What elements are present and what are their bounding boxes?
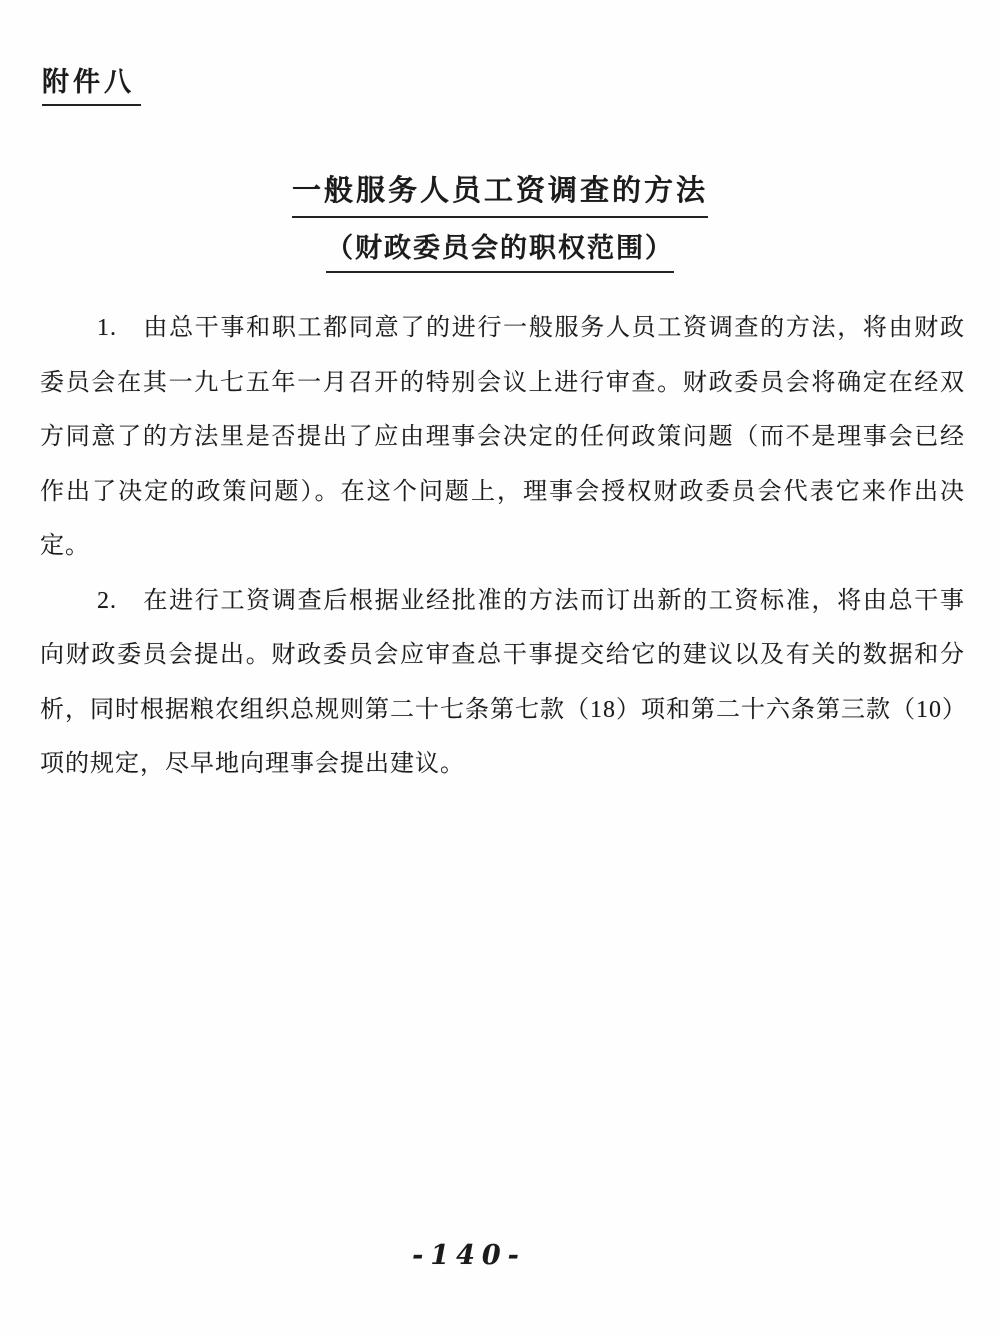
document-body: 1. 由总干事和职工都同意了的进行一般服务人员工资调查的方法，将由财政 委员会在… [40, 301, 965, 792]
document-subtitle: （财政委员会的职权范围） [326, 226, 674, 273]
body-line: 作出了决定的政策问题）。在这个问题上，理事会授权财政委员会代表它来作出决 [40, 465, 965, 520]
body-line: 析，同时根据粮农组织总规则第二十七条第七款（18）项和第二十六条第三款（10） [40, 683, 965, 738]
body-line: 委员会在其一九七五年一月召开的特别会议上进行审查。财政委员会将确定在经双 [40, 356, 965, 411]
title-row: 一般服务人员工资调查的方法 [0, 168, 1000, 218]
paragraph-2: 2. 在进行工资调查后根据业经批准的方法而订出新的工资标准，将由总干事 向财政委… [40, 574, 965, 792]
body-line: 项的规定，尽早地向理事会提出建议。 [40, 737, 965, 792]
document-title: 一般服务人员工资调查的方法 [292, 168, 708, 218]
body-line: 向财政委员会提出。财政委员会应审查总干事提交给它的建议以及有关的数据和分 [40, 628, 965, 683]
body-line: 方同意了的方法里是否提出了应由理事会决定的任何政策问题（而不是理事会已经 [40, 410, 965, 465]
document-page: 附件八 一般服务人员工资调查的方法 （财政委员会的职权范围） 1. 由总干事和职… [0, 0, 1000, 1336]
paragraph-1: 1. 由总干事和职工都同意了的进行一般服务人员工资调查的方法，将由财政 委员会在… [40, 301, 965, 574]
body-line: 2. 在进行工资调查后根据业经批准的方法而订出新的工资标准，将由总干事 [40, 574, 965, 629]
page-number-row: -140- [0, 1240, 938, 1271]
attachment-label: 附件八 [42, 60, 141, 106]
subtitle-row: （财政委员会的职权范围） [0, 226, 1000, 273]
body-line: 1. 由总干事和职工都同意了的进行一般服务人员工资调查的方法，将由财政 [40, 301, 965, 356]
body-line: 定。 [40, 519, 965, 574]
page-number: -140- [412, 1240, 526, 1271]
